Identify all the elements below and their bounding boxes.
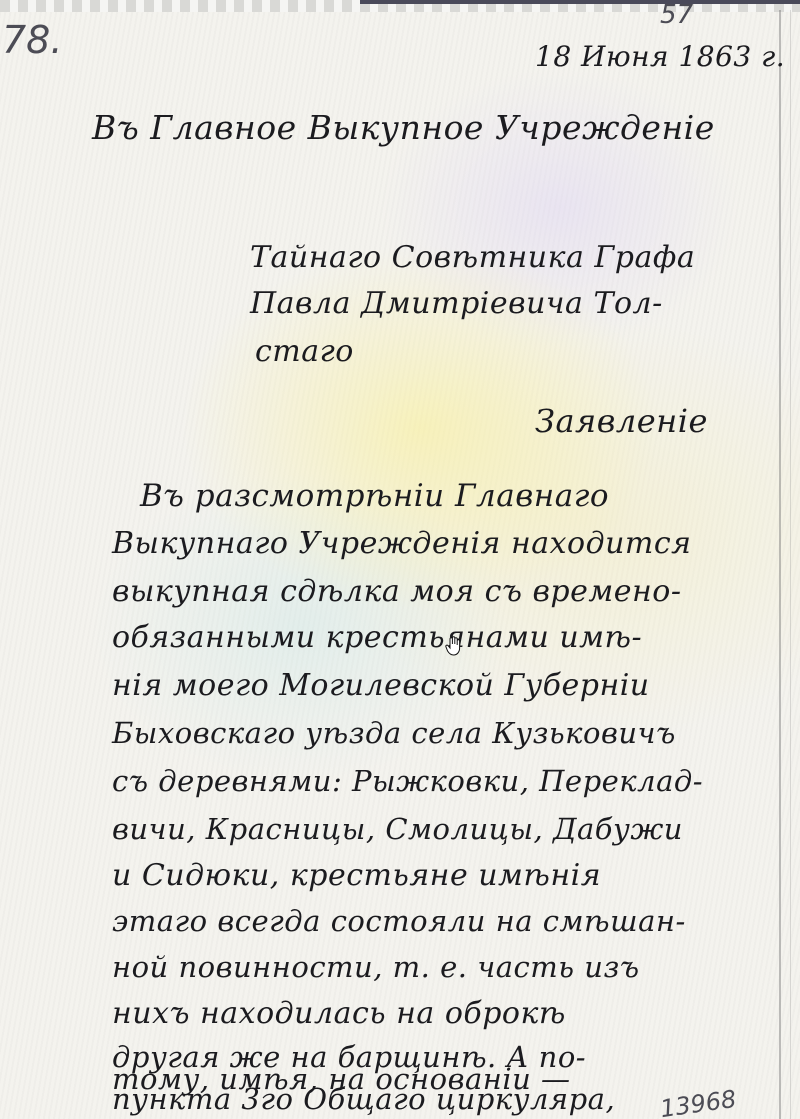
body-line: ной повинности, т. е. часть изъ (112, 950, 640, 984)
body-line: Въ разсмотрѣніи Главнаго (140, 478, 609, 514)
sender-line-1: Тайнаго Совѣтника Графа (250, 240, 695, 275)
body-line: пункта 3го Общаго циркуляра, (112, 1082, 615, 1116)
document-date: 18 Июня 1863 г. (535, 40, 785, 73)
body-line: выкупная сдѣлка моя съ времено- (112, 574, 681, 609)
body-line: Быховскаго уѣзда села Кузьковичъ (112, 716, 676, 750)
sender-line-2: Павла Дмитріевича Тол- (250, 286, 663, 321)
body-line: съ деревнями: Рыжковки, Переклад- (112, 764, 703, 798)
body-line: этаго всегда состояли на смѣшан- (112, 904, 686, 938)
scan-top-edge-shadow (360, 0, 800, 4)
body-line: нихъ находилась на оброкѣ (112, 996, 566, 1031)
right-margin-rule-secondary (790, 10, 791, 1119)
archive-number-left: 78. (2, 18, 62, 62)
body-line: Выкупнаго Учрежденія находится (112, 526, 692, 561)
folio-number: 57 (660, 0, 693, 30)
document-heading: Заявленіе (535, 402, 708, 440)
right-margin-rule (779, 10, 781, 1119)
hand-pointer-icon (444, 636, 462, 656)
body-line: обязанными крестьянами имѣ- (112, 620, 642, 655)
addressee-line: Въ Главное Выкупное Учрежденіе (92, 108, 715, 147)
body-line: вичи, Красницы, Смолицы, Дабужи (112, 812, 683, 846)
body-line: и Сидюки, крестьяне имѣнія (112, 858, 601, 893)
sender-line-3: стаго (255, 334, 354, 369)
body-line: нія моего Могилевской Губерніи (112, 668, 650, 703)
